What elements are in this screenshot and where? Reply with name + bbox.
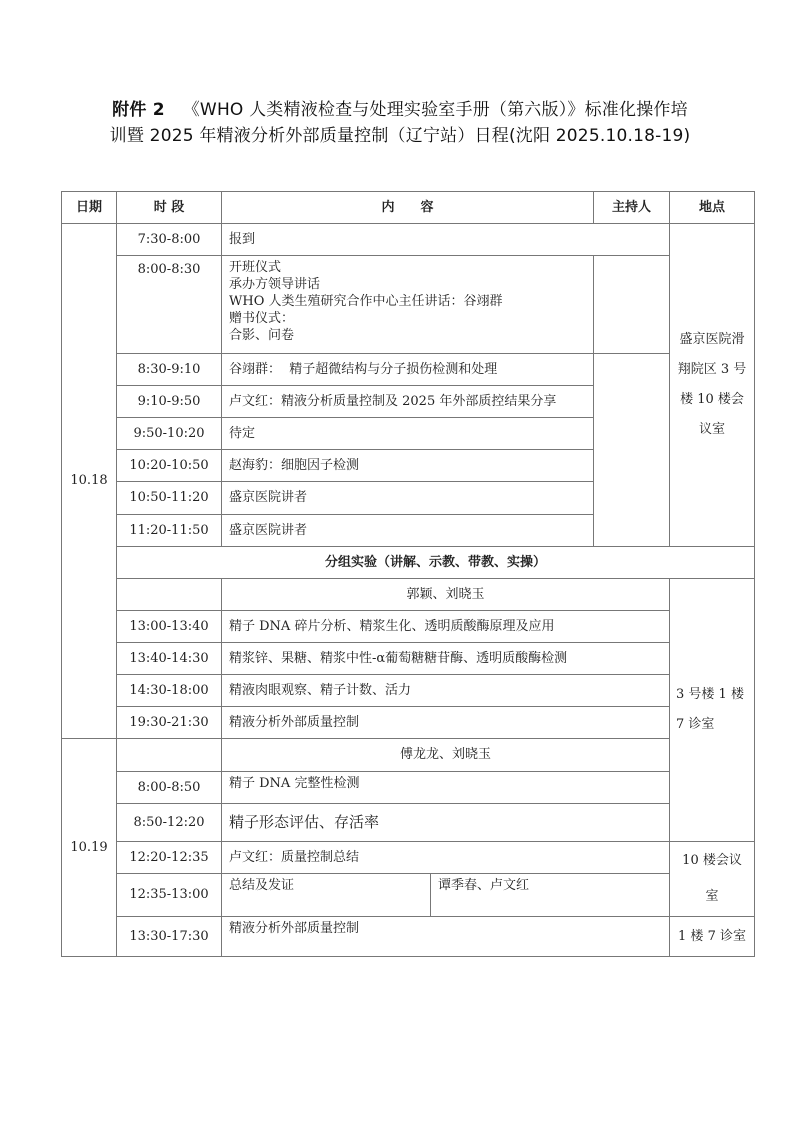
location-cell-morning: 盛京医院滑翔院区 3 号楼 10 楼会议室 (670, 224, 755, 547)
table-row: 郭颖、刘晓玉 3 号楼 1 楼 7 诊室 (62, 579, 755, 611)
time-cell: 13:00-13:40 (117, 611, 222, 643)
content-cell: 精液分析外部质量控制 (222, 917, 670, 957)
section-row: 分组实验（讲解、示教、带教、实操） (62, 547, 755, 579)
content-cell: 谷翊群： 精子超微结构与分子损伤检测和处理 (222, 354, 594, 386)
time-cell: 8:50-12:20 (117, 804, 222, 842)
group-hosts-cell: 傅龙龙、刘晓玉 (222, 739, 670, 772)
time-cell: 10:50-11:20 (117, 482, 222, 515)
table-row: 12:35-13:00 总结及发证 谭季春、卢文红 (62, 874, 755, 917)
content-cell: 卢文红：质量控制总结 (222, 842, 670, 874)
time-cell: 9:10-9:50 (117, 386, 222, 418)
table-row: 19:30-21:30 精液分析外部质量控制 (62, 707, 755, 739)
time-cell: 10:20-10:50 (117, 450, 222, 482)
table-row: 10.18 7:30-8:00 报到 盛京医院滑翔院区 3 号楼 10 楼会议室 (62, 224, 755, 256)
section-title: 分组实验（讲解、示教、带教、实操） (117, 547, 755, 579)
document-title-line-1: 附件 2《WHO 人类精液检查与处理实验室手册（第六版）》标准化操作培 (0, 95, 800, 120)
header-host: 主持人 (594, 192, 670, 224)
content-line: 合影、问卷 (229, 327, 593, 344)
time-cell: 13:30-17:30 (117, 917, 222, 957)
time-cell: 11:20-11:50 (117, 515, 222, 547)
table-row: 13:00-13:40 精子 DNA 碎片分析、精浆生化、透明质酸酶原理及应用 (62, 611, 755, 643)
table-row: 8:50-12:20 精子形态评估、存活率 (62, 804, 755, 842)
host-cell-empty (594, 256, 670, 354)
time-cell: 12:35-13:00 (117, 874, 222, 917)
date-cell-day2: 10.19 (62, 739, 117, 957)
table-row: 14:30-18:00 精液肉眼观察、精子计数、活力 (62, 675, 755, 707)
content-cell: 精液分析外部质量控制 (222, 707, 670, 739)
time-cell: 7:30-8:00 (117, 224, 222, 256)
content-cell: 待定 (222, 418, 594, 450)
host-cell: 谭季春、卢文红 (431, 874, 670, 917)
content-cell: 盛京医院讲者 (222, 515, 594, 547)
header-location: 地点 (670, 192, 755, 224)
time-cell-empty (117, 579, 222, 611)
time-cell: 19:30-21:30 (117, 707, 222, 739)
document-title-line-2: 训暨 2025 年精液分析外部质量控制（辽宁站）日程(沈阳 2025.10.18… (0, 121, 800, 146)
content-cell: 总结及发证 (222, 874, 431, 917)
table-row: 8:30-9:10 谷翊群： 精子超微结构与分子损伤检测和处理 (62, 354, 755, 386)
time-cell: 8:30-9:10 (117, 354, 222, 386)
group-hosts-cell: 郭颖、刘晓玉 (222, 579, 670, 611)
header-time: 时 段 (117, 192, 222, 224)
content-cell: 精液肉眼观察、精子计数、活力 (222, 675, 670, 707)
location-cell: 1 楼 7 诊室 (670, 917, 755, 957)
content-cell-opening: 开班仪式 承办方领导讲话 WHO 人类生殖研究合作中心主任讲话：谷翊群 赠书仪式… (222, 256, 594, 354)
table-row: 12:20-12:35 卢文红：质量控制总结 10 楼会议室 (62, 842, 755, 874)
content-line: WHO 人类生殖研究合作中心主任讲话：谷翊群 (229, 293, 593, 310)
table-row: 10.19 傅龙龙、刘晓玉 (62, 739, 755, 772)
content-cell: 卢文红：精液分析质量控制及 2025 年外部质控结果分享 (222, 386, 594, 418)
table-row: 8:00-8:30 开班仪式 承办方领导讲话 WHO 人类生殖研究合作中心主任讲… (62, 256, 755, 354)
attachment-label: 附件 2 (112, 100, 165, 120)
time-cell: 8:00-8:30 (117, 256, 222, 354)
header-content: 内 容 (222, 192, 594, 224)
content-cell: 精子形态评估、存活率 (222, 804, 670, 842)
content-line: 赠书仪式： (229, 310, 593, 327)
content-cell: 赵海豹：细胞因子检测 (222, 450, 594, 482)
title-text-1: 《WHO 人类精液检查与处理实验室手册（第六版）》标准化操作培 (183, 100, 688, 120)
time-cell: 9:50-10:20 (117, 418, 222, 450)
content-line: 承办方领导讲话 (229, 276, 593, 293)
content-cell: 精子 DNA 碎片分析、精浆生化、透明质酸酶原理及应用 (222, 611, 670, 643)
location-cell-meeting: 10 楼会议室 (670, 842, 755, 917)
time-cell: 12:20-12:35 (117, 842, 222, 874)
schedule-table: 日期 时 段 内 容 主持人 地点 10.18 7:30-8:00 报到 盛京医… (61, 191, 755, 957)
header-date: 日期 (62, 192, 117, 224)
time-cell: 13:40-14:30 (117, 643, 222, 675)
table-row: 8:00-8:50 精子 DNA 完整性检测 (62, 772, 755, 804)
date-cell-day1: 10.18 (62, 224, 117, 739)
table-header-row: 日期 时 段 内 容 主持人 地点 (62, 192, 755, 224)
table-row: 13:30-17:30 精液分析外部质量控制 1 楼 7 诊室 (62, 917, 755, 957)
host-cell-empty (594, 354, 670, 547)
content-cell: 精浆锌、果糖、精浆中性-α葡萄糖糖苷酶、透明质酸酶检测 (222, 643, 670, 675)
content-line: 开班仪式 (229, 259, 593, 276)
table-row: 13:40-14:30 精浆锌、果糖、精浆中性-α葡萄糖糖苷酶、透明质酸酶检测 (62, 643, 755, 675)
time-cell-empty (117, 739, 222, 772)
content-cell: 报到 (222, 224, 670, 256)
content-cell: 精子 DNA 完整性检测 (222, 772, 670, 804)
location-cell-lab: 3 号楼 1 楼 7 诊室 (670, 579, 755, 842)
time-cell: 8:00-8:50 (117, 772, 222, 804)
content-cell: 盛京医院讲者 (222, 482, 594, 515)
time-cell: 14:30-18:00 (117, 675, 222, 707)
